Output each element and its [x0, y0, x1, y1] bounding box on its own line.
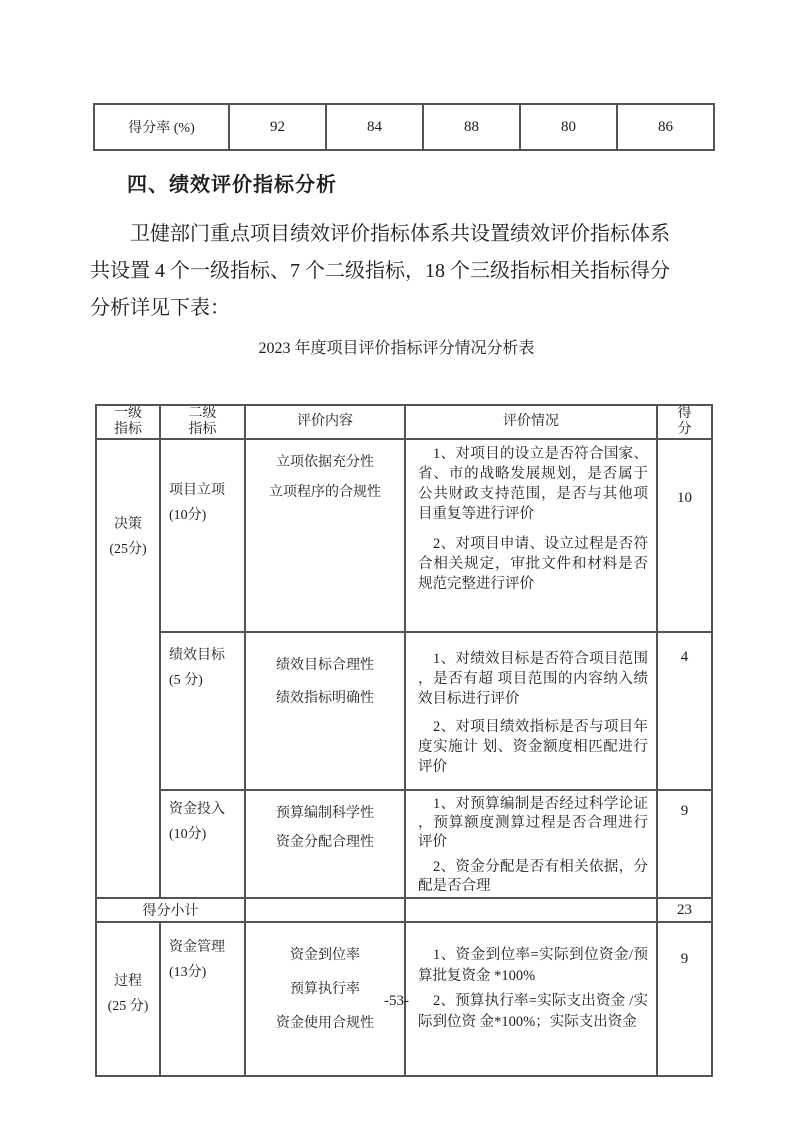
header-score: 得 分	[657, 405, 712, 439]
situation-item-1: 1、对项目的设立是否符合国家、省、市的战略发展规划，是否属于公共财政支持范围，是…	[418, 444, 648, 524]
score-rate-label: 得分率 (%)	[94, 104, 229, 150]
cell-situation-fund-input: 1、对预算编制是否经过科学论证，预算额度测算过程是否合理进行评价 2、资金分配是…	[405, 790, 657, 898]
situation-text: 1、对预算编制是否经过科学论证，预算额度测算过程是否合理进行评价 2、资金分配是…	[418, 791, 648, 893]
section-paragraph: 卫健部门重点项目绩效评价指标体系共设置绩效评价指标体系 共设置 4 个一级指标、…	[90, 216, 790, 327]
situation-item-2: 2、对项目绩效指标是否与项目年度实施计 划、资金额度相匹配进行评价	[418, 717, 648, 777]
content-text: 预算编制科学性 资金分配合理性	[246, 791, 404, 857]
situation-item-1: 1、对预算编制是否经过科学论证，预算额度测算过程是否合理进行评价	[418, 795, 648, 852]
score-rate-value-2: 84	[326, 104, 423, 150]
section-heading: 四、绩效评价指标分析	[127, 168, 337, 197]
content-text: 立项依据充分性 立项程序的合规性	[246, 440, 404, 508]
indicator-table-header-row: 一级 指标 二级 指标 评价内容 评价情况 得 分	[96, 405, 712, 439]
situation-text: 1、对项目的设立是否符合国家、省、市的战略发展规划，是否属于公共财政支持范围，是…	[418, 440, 648, 594]
header-level1-indicator: 一级 指标	[96, 405, 160, 439]
situation-item-1: 1、对绩效目标是否符合项目范围，是否有超 项目范围的内容纳入绩效目标进行评价	[418, 649, 648, 709]
indicator-analysis-table: 一级 指标 二级 指标 评价内容 评价情况 得 分 决策 (25分) 项目立项 …	[95, 404, 713, 1077]
cell-content-performance-target: 绩效目标合理性 绩效指标明确性	[245, 632, 405, 790]
cell-level2-project-initiation: 项目立项 (10分)	[160, 439, 245, 632]
situation-text: 1、对绩效目标是否符合项目范围，是否有超 项目范围的内容纳入绩效目标进行评价 2…	[418, 633, 648, 789]
cell-score-performance-target: 4	[657, 632, 712, 790]
row-performance-target: 绩效目标 (5 分) 绩效目标合理性 绩效指标明确性 1、对绩效目标是否符合项目…	[96, 632, 712, 790]
situation-item-2: 2、资金分配是否有相关依据，分配是否合理	[418, 858, 648, 893]
cell-subtotal-situation-empty	[405, 898, 657, 922]
content-text: 绩效目标合理性 绩效指标明确性	[246, 633, 404, 715]
content-text: 资金到位率 预算执行率 资金使用合规性	[246, 923, 404, 1031]
score-rate-value-4: 80	[520, 104, 617, 150]
cell-situation-performance-target: 1、对绩效目标是否符合项目范围，是否有超 项目范围的内容纳入绩效目标进行评价 2…	[405, 632, 657, 790]
header-evaluation-content: 评价内容	[245, 405, 405, 439]
cell-situation-project-initiation: 1、对项目的设立是否符合国家、省、市的战略发展规划，是否属于公共财政支持范围，是…	[405, 439, 657, 632]
page-number: -53-	[0, 993, 793, 1010]
score-rate-value-3: 88	[423, 104, 520, 150]
row-project-initiation: 决策 (25分) 项目立项 (10分) 立项依据充分性 立项程序的合规性 1、对…	[96, 439, 712, 632]
situation-text: 1、资金到位率=实际到位资金/预算批复资金 *100% 2、预算执行率=实际支出…	[418, 923, 648, 1049]
score-rate-value-1: 92	[229, 104, 326, 150]
cell-level1-decision: 决策 (25分)	[96, 439, 160, 898]
situation-item-1: 1、资金到位率=实际到位资金/预算批复资金 *100%	[418, 945, 648, 987]
cell-content-fund-input: 预算编制科学性 资金分配合理性	[245, 790, 405, 898]
cell-score-project-initiation: 10	[657, 439, 712, 632]
cell-content-project-initiation: 立项依据充分性 立项程序的合规性	[245, 439, 405, 632]
cell-subtotal-score: 23	[657, 898, 712, 922]
analysis-table-title: 2023 年度项目评价指标评分情况分析表	[0, 335, 793, 358]
score-rate-value-5: 86	[617, 104, 714, 150]
cell-level2-performance-target: 绩效目标 (5 分)	[160, 632, 245, 790]
row-subtotal: 得分小计 23	[96, 898, 712, 922]
cell-subtotal-content-empty	[245, 898, 405, 922]
cell-subtotal-label: 得分小计	[96, 898, 245, 922]
document-page: 得分率 (%) 92 84 88 80 86 四、绩效评价指标分析 卫健部门重点…	[0, 0, 793, 1122]
situation-item-2: 2、对项目申请、设立过程是否符合相关规定，审批文件和材料是否规范完整进行评价	[418, 534, 648, 594]
row-fund-input: 资金投入 (10分) 预算编制科学性 资金分配合理性 1、对预算编制是否经过科学…	[96, 790, 712, 898]
cell-score-fund-input: 9	[657, 790, 712, 898]
score-rate-row: 得分率 (%) 92 84 88 80 86	[94, 104, 714, 150]
header-evaluation-situation: 评价情况	[405, 405, 657, 439]
cell-level2-fund-input: 资金投入 (10分)	[160, 790, 245, 898]
header-level2-indicator: 二级 指标	[160, 405, 245, 439]
score-rate-table: 得分率 (%) 92 84 88 80 86	[93, 103, 715, 151]
